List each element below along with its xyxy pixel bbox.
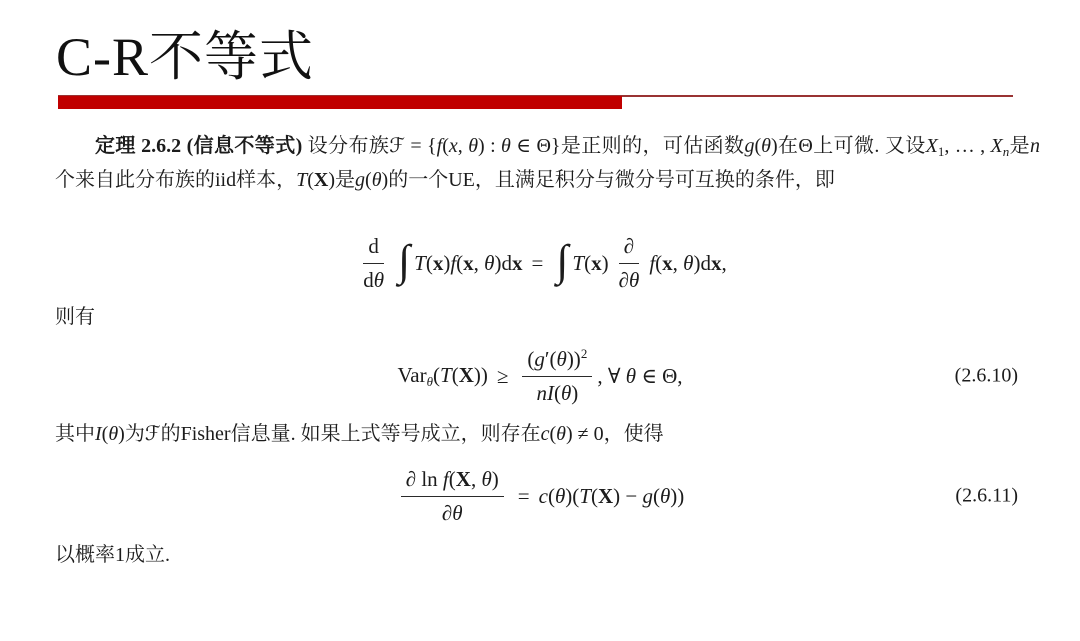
then-have-text: 则有 bbox=[55, 303, 1040, 331]
title-underline-thick-rule bbox=[58, 96, 622, 109]
fraction-numerator: ∂ ln f(X, θ) bbox=[401, 466, 504, 496]
equality-rhs: c(θ)(T(X) − g(θ)) bbox=[539, 484, 685, 509]
fraction-numerator: d bbox=[363, 233, 384, 263]
rhs-integrand-pre: T(x) bbox=[572, 251, 608, 276]
fisher-information-paragraph: 其中I(θ)为ℱ的Fisher信息量. 如果上式等号成立，则存在c(θ) ≠ 0… bbox=[55, 420, 1040, 448]
geq-sign: ≥ bbox=[497, 364, 509, 389]
fraction-score: ∂ ln f(X, θ) ∂θ bbox=[401, 466, 504, 526]
fraction-d-dtheta: d dθ bbox=[358, 233, 389, 293]
lhs-integrand: T(x)f(x, θ)dx bbox=[414, 251, 522, 276]
equals-sign: = bbox=[532, 251, 544, 276]
fraction-denominator: dθ bbox=[358, 264, 389, 293]
equation-equality-condition: ∂ ln f(X, θ) ∂θ = c(θ)(T(X) − g(θ)) (2.6… bbox=[0, 460, 1080, 532]
fraction-numerator: (g′(θ))2 bbox=[522, 346, 592, 376]
rhs-integrand-post: f(x, θ)dx, bbox=[649, 251, 726, 276]
equation-number-2611: (2.6.11) bbox=[955, 485, 1018, 508]
integral-icon: ∫ bbox=[556, 239, 568, 283]
integral-icon: ∫ bbox=[398, 239, 410, 283]
equation-number-2610: (2.6.10) bbox=[955, 365, 1018, 388]
fraction-partial-dtheta: ∂ ∂θ bbox=[614, 233, 645, 293]
equation-cramer-rao-bound: Varθ(T(X)) ≥ (g′(θ))2 nI(θ) , ∀ θ ∈ Θ, (… bbox=[0, 340, 1080, 412]
forall-tail: , ∀ θ ∈ Θ, bbox=[597, 364, 682, 389]
fraction-denominator: ∂θ bbox=[614, 264, 645, 293]
fraction-numerator: ∂ bbox=[619, 233, 639, 263]
equals-sign: = bbox=[518, 484, 530, 509]
slide: C-R不等式 定理 2.6.2 (信息不等式) 设分布族ℱ = {f(x, θ)… bbox=[0, 0, 1080, 641]
variance-lhs: Varθ(T(X)) bbox=[397, 363, 487, 390]
equation-interchange-condition: d dθ ∫ T(x)f(x, θ)dx = ∫ T(x) ∂ ∂θ f(x, … bbox=[0, 228, 1080, 298]
fraction-denominator: nI(θ) bbox=[531, 377, 583, 406]
fraction-denominator: ∂θ bbox=[437, 497, 468, 526]
probability-one-text: 以概率1成立. bbox=[55, 541, 1040, 569]
slide-title: C-R不等式 bbox=[56, 14, 314, 91]
theorem-statement-paragraph: 定理 2.6.2 (信息不等式) 设分布族ℱ = {f(x, θ) : θ ∈ … bbox=[55, 132, 1040, 194]
fraction-bound: (g′(θ))2 nI(θ) bbox=[522, 346, 592, 406]
